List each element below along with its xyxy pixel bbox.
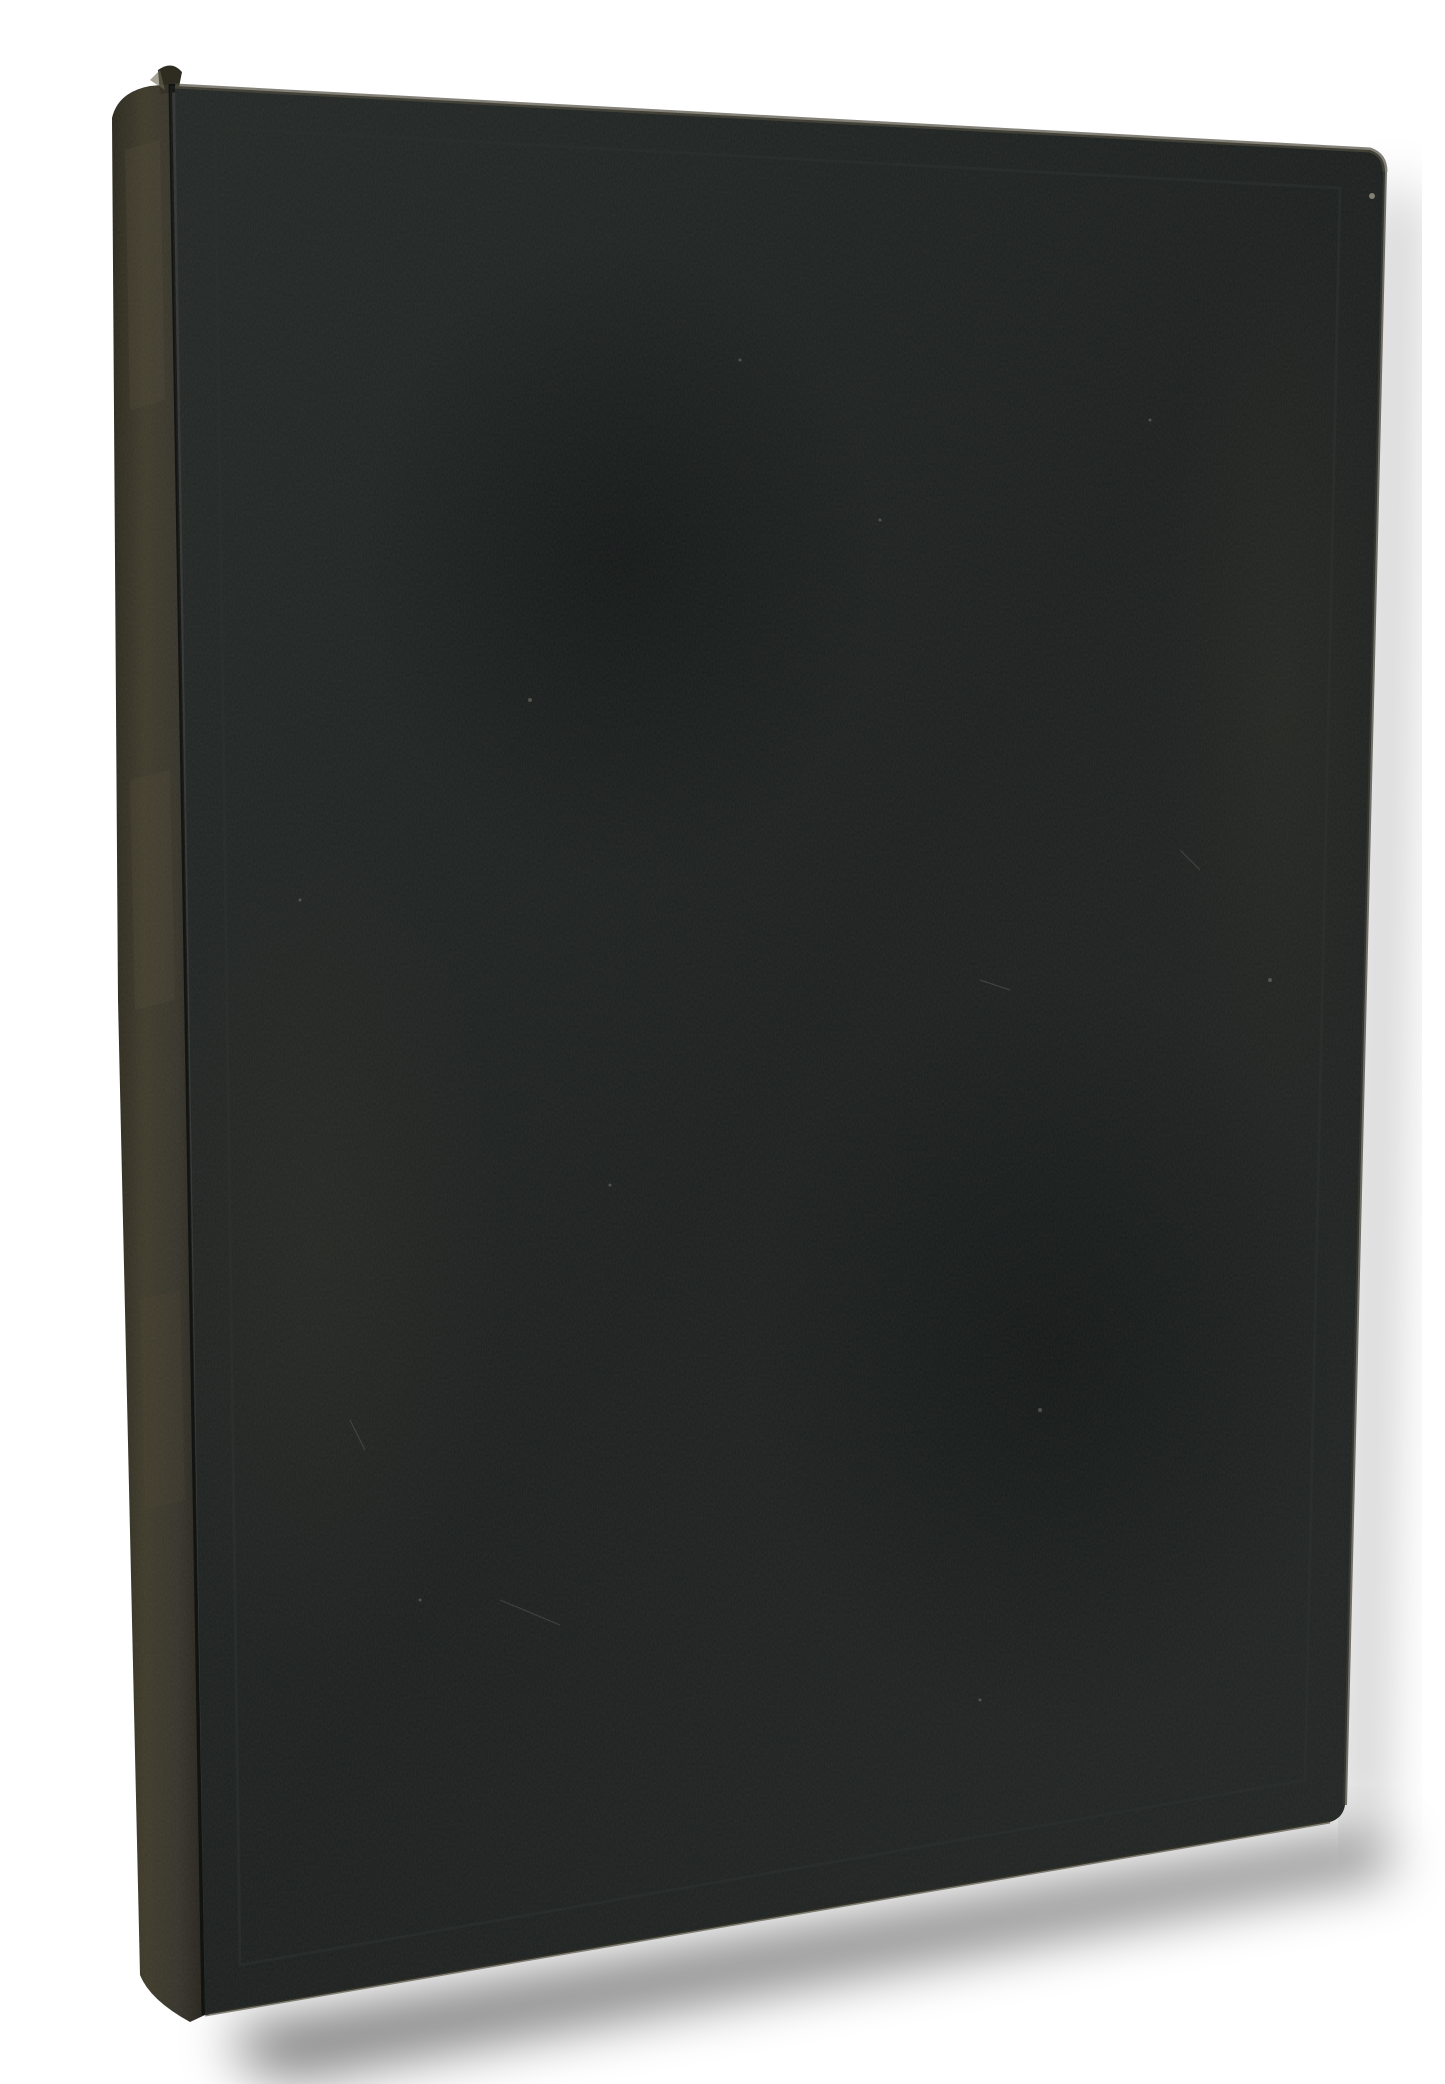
book-cover: [140, 60, 1410, 2040]
book-photo: [0, 0, 1445, 2084]
book-illustration: [0, 0, 1445, 2084]
